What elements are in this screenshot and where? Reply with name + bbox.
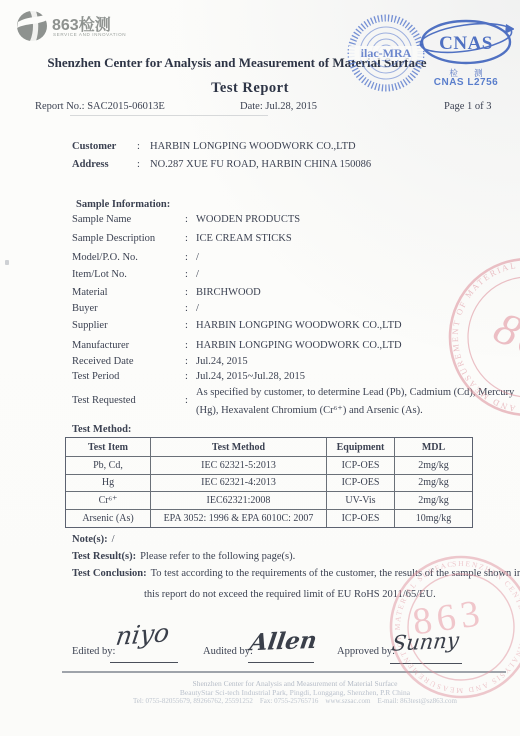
colon: : xyxy=(185,340,188,351)
table-cell: Cr⁶⁺ xyxy=(66,492,151,510)
field-label: Item/Lot No. xyxy=(72,269,127,280)
table-cell: ICP-OES xyxy=(327,510,395,528)
field-value: Jul.24, 2015~Jul.28, 2015 xyxy=(196,371,305,382)
table-cell: IEC 62321-4:2013 xyxy=(151,475,327,493)
field-label: Address xyxy=(72,159,109,170)
field-label: Received Date xyxy=(72,356,134,367)
colon: : xyxy=(137,141,140,152)
colon: : xyxy=(185,287,188,298)
test-conclusion-line2: this report do not exceed the required l… xyxy=(144,589,436,600)
colon: : xyxy=(185,356,188,367)
colon: : xyxy=(185,371,188,382)
colon: : xyxy=(137,159,140,170)
test-report-page: 863检测 SERVICE AND INNOVATION ilac-MRA CN… xyxy=(0,0,520,736)
colon: : xyxy=(185,320,188,331)
field-label: Test Requested xyxy=(72,395,136,406)
field-label: Buyer xyxy=(72,303,98,314)
table-header-cell: MDL xyxy=(395,438,472,457)
field-label: Customer xyxy=(72,141,116,152)
test-conclusion-label: Test Conclusion: xyxy=(72,568,147,579)
test-requested-line2: (Hg), Hexavalent Chromium (Cr⁶⁺) and Ars… xyxy=(196,404,423,416)
approved-signature-line xyxy=(390,663,462,664)
audited-signature: Allen xyxy=(248,627,318,656)
table-header-cell: Test Item xyxy=(66,438,151,457)
edited-by-label: Edited by: xyxy=(72,646,115,657)
table-header-cell: Equipment xyxy=(327,438,395,457)
table-cell: ICP-OES xyxy=(327,475,395,493)
field-label: Sample Description xyxy=(72,233,155,244)
approved-signature: Sunny xyxy=(391,628,461,656)
field-label: Supplier xyxy=(72,320,108,331)
report-date: Date: Jul.28, 2015 xyxy=(240,101,317,112)
test-results-label: Test Result(s): xyxy=(72,551,136,562)
notes-line: Note(s):/ xyxy=(72,534,115,545)
test-results-value: Please refer to the following page(s). xyxy=(140,551,295,562)
table-cell: ICP-OES xyxy=(327,457,395,475)
field-value: HARBIN LONGPING WOODWORK CO.,LTD xyxy=(150,141,356,152)
field-value: / xyxy=(196,252,199,263)
table-cell: 2mg/kg xyxy=(395,457,472,475)
stamp-863-number: 863 xyxy=(487,301,520,380)
test-method-heading: Test Method: xyxy=(72,424,131,435)
test-results-line: Test Result(s):Please refer to the follo… xyxy=(72,551,295,562)
field-value: HARBIN LONGPING WOODWORK CO.,LTD xyxy=(196,320,402,331)
audited-signature-line xyxy=(248,662,314,663)
report-number: Report No.: SAC2015-06013E xyxy=(35,101,165,112)
table-cell: 2mg/kg xyxy=(395,492,472,510)
globe-logo-icon xyxy=(14,8,50,44)
header-divider xyxy=(70,115,268,116)
page-indicator: Page 1 of 3 xyxy=(444,101,492,112)
table-cell: 10mg/kg xyxy=(395,510,472,528)
document-title: Test Report xyxy=(0,80,500,97)
table-cell: UV-Vis xyxy=(327,492,395,510)
scan-artifact xyxy=(5,260,9,265)
company-logo: 863检测 SERVICE AND INNOVATION xyxy=(14,8,144,52)
colon: : xyxy=(185,233,188,244)
edited-signature-line xyxy=(110,662,178,663)
sample-information-heading: Sample Information: xyxy=(76,199,170,210)
field-value: BIRCHWOOD xyxy=(196,287,261,298)
field-value: ICE CREAM STICKS xyxy=(196,233,292,244)
footer-address-line: BeautyStar Sci-tech Industrial Park, Pin… xyxy=(75,688,515,697)
audited-by-label: Audited by: xyxy=(203,646,253,657)
cnas-text: CNAS xyxy=(439,33,493,54)
field-value: Jul.24, 2015 xyxy=(196,356,248,367)
colon: : xyxy=(185,214,188,225)
table-cell: Arsenic (As) xyxy=(66,510,151,528)
test-method-table: Test Item Test Method Equipment MDL Pb, … xyxy=(65,437,473,528)
table-cell: EPA 3052: 1996 & EPA 6010C: 2007 xyxy=(151,510,327,528)
colon: : xyxy=(185,269,188,280)
field-label: Manufacturer xyxy=(72,340,129,351)
approved-by-label: Approved by: xyxy=(337,646,395,657)
footer-divider xyxy=(62,671,506,673)
test-conclusion-line1: Test Conclusion:To test according to the… xyxy=(72,568,520,579)
table-cell: IEC62321:2008 xyxy=(151,492,327,510)
colon: : xyxy=(185,252,188,263)
table-header-cell: Test Method xyxy=(151,438,327,457)
colon: : xyxy=(185,395,188,406)
footer-org-line: Shenzhen Center for Analysis and Measure… xyxy=(75,679,515,688)
table-cell: Pb, Cd, xyxy=(66,457,151,475)
logo-tagline: SERVICE AND INNOVATION xyxy=(53,32,126,37)
table-cell: IEC 62321-5:2013 xyxy=(151,457,327,475)
table-cell: Hg xyxy=(66,475,151,493)
field-label: Test Period xyxy=(72,371,119,382)
notes-value: / xyxy=(112,534,115,545)
footer-contact-line: Tel: 0755-82055679, 89266762, 25591252 F… xyxy=(75,697,515,705)
edited-signature: niyo xyxy=(114,618,171,651)
colon: : xyxy=(185,303,188,314)
field-label: Material xyxy=(72,287,108,298)
field-label: Model/P.O. No. xyxy=(72,252,138,263)
field-value: / xyxy=(196,303,199,314)
field-value: / xyxy=(196,269,199,280)
field-label: Sample Name xyxy=(72,214,131,225)
test-requested-line1: As specified by customer, to determine L… xyxy=(196,387,514,398)
field-value: NO.287 XUE FU ROAD, HARBIN CHINA 150086 xyxy=(150,159,371,170)
field-value: HARBIN LONGPING WOODWORK CO.,LTD xyxy=(196,340,402,351)
organization-title: Shenzhen Center for Analysis and Measure… xyxy=(0,55,474,71)
table-cell: 2mg/kg xyxy=(395,475,472,493)
test-conclusion-text: To test according to the requirements of… xyxy=(151,568,520,579)
field-value: WOODEN PRODUCTS xyxy=(196,214,300,225)
notes-label: Note(s): xyxy=(72,534,108,545)
